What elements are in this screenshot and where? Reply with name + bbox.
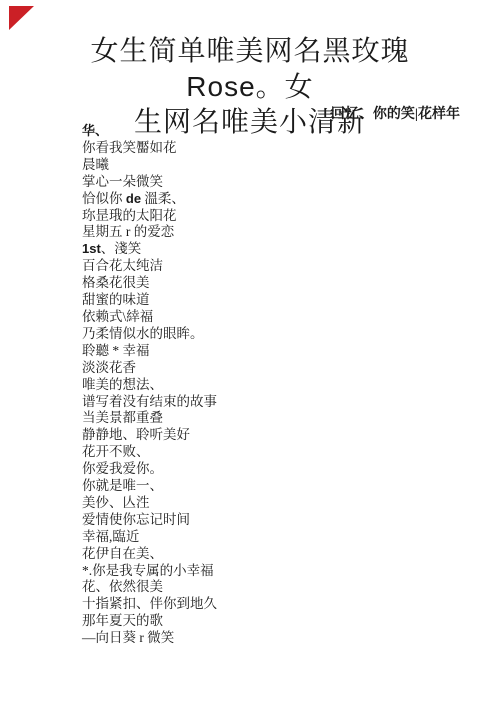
nickname-line-segment: 爱情使你忘记时间 bbox=[82, 512, 190, 527]
byline: 回忆、你的笑|花样年 bbox=[82, 106, 460, 123]
nickname-line: 甜蜜的味道 bbox=[82, 292, 470, 309]
nickname-line-segment: 十指紧扣、伴你到地久 bbox=[82, 596, 217, 611]
nickname-line-segment: 珎昰珴的太阳花 bbox=[82, 208, 177, 223]
nickname-line: 你看我笑靨如花 bbox=[82, 140, 470, 157]
nickname-line: 花开不败、 bbox=[82, 444, 470, 461]
nickname-line: 你就是唯一、 bbox=[82, 478, 470, 495]
nickname-line: 百合花太纯洁 bbox=[82, 258, 470, 275]
nickname-line-segment: 、淺笑 bbox=[101, 241, 142, 256]
title-line: 女生简单唯美网名黑玫瑰 Rose。女 bbox=[40, 34, 460, 105]
nickname-line: 那年夏天的歌 bbox=[82, 613, 470, 630]
title-line-segment: 女生简单唯美网名黑玫瑰 bbox=[90, 36, 409, 67]
nickname-line-segment: 美仯、亾泩 bbox=[82, 495, 150, 510]
document-page: 女生简单唯美网名黑玫瑰 Rose。女生网名唯美小清新 回忆、你的笑|花样年 华、… bbox=[0, 0, 500, 707]
nickname-line-segment: 淡淡花香 bbox=[82, 360, 136, 375]
nickname-line-segment: 花、依然很美 bbox=[82, 579, 163, 594]
nickname-line: *.你是我专属的小幸福 bbox=[82, 563, 470, 580]
nickname-line-segment: 当美景都重叠 bbox=[82, 410, 163, 425]
nickname-line: 美仯、亾泩 bbox=[82, 495, 470, 512]
nickname-line: 你爱我爱你。 bbox=[82, 461, 470, 478]
nickname-line-segment: 谱写着没有结束的故事 bbox=[82, 394, 217, 409]
nickname-line-segment: 溫柔、 bbox=[141, 191, 185, 206]
nickname-line-bold-segment: de bbox=[126, 191, 141, 206]
nickname-line-segment: 掌心一朵微笑 bbox=[82, 174, 163, 189]
nickname-line-segment: *.你是我专属的小幸福 bbox=[82, 563, 214, 578]
nickname-line-segment: 百合花太纯洁 bbox=[82, 258, 163, 273]
nickname-line: 幸福,臨近 bbox=[82, 529, 470, 546]
title-line-segment: 。女 bbox=[256, 72, 314, 103]
nickname-line-segment: 你爱我爱你。 bbox=[82, 461, 163, 476]
nickname-line-segment: 花伊自在美、 bbox=[82, 546, 163, 561]
nickname-line-segment: 依赖式\緈福 bbox=[82, 309, 153, 324]
nickname-line-segment: 星期五 r 的爱恋 bbox=[82, 224, 174, 239]
nickname-line: 静静地、聆听美好 bbox=[82, 427, 470, 444]
nickname-line: 爱情使你忘记时间 bbox=[82, 512, 470, 529]
nickname-line: 1st、淺笑 bbox=[82, 241, 470, 258]
nickname-line-segment: 那年夏天的歌 bbox=[82, 613, 163, 628]
nickname-line-segment: 幸福,臨近 bbox=[82, 529, 139, 544]
nickname-line: 格桑花很美 bbox=[82, 275, 470, 292]
nickname-line: 十指紧扣、伴你到地久 bbox=[82, 596, 470, 613]
nickname-line: 晨曦 bbox=[82, 157, 470, 174]
nickname-line-bold-segment: 1st bbox=[82, 241, 101, 256]
nickname-line-segment: 静静地、聆听美好 bbox=[82, 427, 190, 442]
nickname-list: 华、你看我笑靨如花晨曦掌心一朵微笑恰似你 de 溫柔、珎昰珴的太阳花星期五 r … bbox=[82, 123, 470, 647]
nickname-line: 乃柔情似水的眼眸。 bbox=[82, 326, 470, 343]
nickname-line-segment: 你就是唯一、 bbox=[82, 478, 163, 493]
nickname-line: —向日葵 r 微笑 bbox=[82, 630, 470, 647]
nickname-line-segment: 花开不败、 bbox=[82, 444, 150, 459]
nickname-line-segment: 唯美的想法、 bbox=[82, 377, 163, 392]
nickname-line: 当美景都重叠 bbox=[82, 410, 470, 427]
nickname-line: 淡淡花香 bbox=[82, 360, 470, 377]
nickname-line-segment: 乃柔情似水的眼眸。 bbox=[82, 326, 204, 341]
nickname-line: 掌心一朵微笑 bbox=[82, 174, 470, 191]
red-corner-triangle-icon bbox=[9, 6, 34, 30]
nickname-line: 恰似你 de 溫柔、 bbox=[82, 191, 470, 208]
nickname-line: 谱写着没有结束的故事 bbox=[82, 394, 470, 411]
nickname-line: 花、依然很美 bbox=[82, 579, 470, 596]
nickname-line: 华、 bbox=[82, 123, 470, 140]
nickname-line-segment: 恰似你 bbox=[82, 191, 126, 206]
nickname-line-segment: 格桑花很美 bbox=[82, 275, 150, 290]
nickname-line: 花伊自在美、 bbox=[82, 546, 470, 563]
nickname-line: 聆聽 * 幸福 bbox=[82, 343, 470, 360]
title-line-segment: Rose bbox=[186, 71, 255, 102]
nickname-line-bold-segment: 华、 bbox=[82, 123, 108, 138]
nickname-line-segment: 甜蜜的味道 bbox=[82, 292, 150, 307]
nickname-line: 星期五 r 的爱恋 bbox=[82, 224, 470, 241]
nickname-line-segment: 你看我笑靨如花 bbox=[82, 140, 177, 155]
nickname-line: 唯美的想法、 bbox=[82, 377, 470, 394]
nickname-line-segment: 聆聽 * 幸福 bbox=[82, 343, 150, 358]
nickname-line: 依赖式\緈福 bbox=[82, 309, 470, 326]
nickname-line-segment: —向日葵 r 微笑 bbox=[82, 630, 174, 645]
nickname-line: 珎昰珴的太阳花 bbox=[82, 208, 470, 225]
nickname-line-segment: 晨曦 bbox=[82, 157, 109, 172]
